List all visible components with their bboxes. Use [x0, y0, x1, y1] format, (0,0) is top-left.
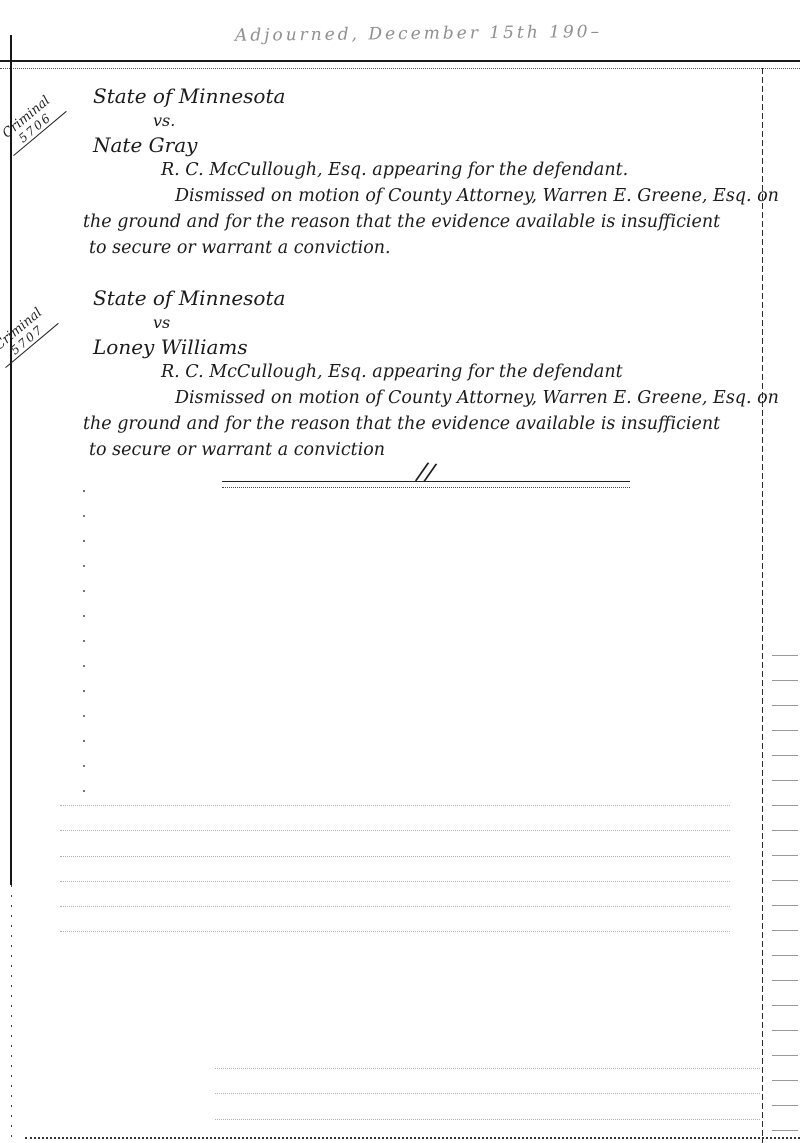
defendant-name: Nate Gray: [93, 135, 758, 155]
versus-label: vs.: [153, 113, 758, 129]
plaintiff-name: State of Minnesota: [93, 86, 758, 106]
top-double-rule: [0, 60, 800, 69]
entry-line: to secure or warrant a conviction.: [89, 235, 758, 261]
margin-note-criminal-case-2: Criminal 5707: [0, 302, 59, 368]
entry-line: R. C. McCullough, Esq. appearing for the…: [161, 359, 758, 385]
bottom-page-rule: [25, 1137, 800, 1139]
case-entry-1: State of Minnesota vs. Nate Gray R. C. M…: [93, 86, 758, 261]
entry-line: Dismissed on motion of County Attorney, …: [175, 183, 758, 209]
entry-closing-double-rule: [222, 481, 630, 488]
faint-ruled-line: [60, 881, 730, 882]
right-margin-rule: [762, 68, 763, 1143]
faint-ruled-line: [60, 931, 730, 932]
faint-ruled-line: [215, 1119, 760, 1120]
plaintiff-name: State of Minnesota: [93, 288, 758, 308]
scanned-ledger-page: Adjourned, December 15th 190– Criminal 5…: [0, 0, 800, 1143]
faint-ruled-line: [60, 830, 730, 831]
versus-label: vs: [153, 315, 758, 331]
faint-ruled-line: [60, 906, 730, 907]
entry-line: the ground and for the reason that the e…: [83, 209, 758, 235]
page-header-date: Adjourned, December 15th 190–: [235, 22, 575, 46]
right-ruled-dash-column: [772, 655, 798, 1143]
left-ruled-dot-column: [83, 490, 85, 805]
left-margin-rule: [10, 35, 12, 885]
entry-line: R. C. McCullough, Esq. appearing for the…: [161, 157, 758, 183]
defendant-name: Loney Williams: [93, 337, 758, 357]
left-margin-rule-faint: [11, 885, 12, 1143]
faint-ruled-line: [60, 805, 730, 806]
faint-ruled-line: [60, 856, 730, 857]
faint-ruled-line: [215, 1093, 760, 1094]
entry-line: the ground and for the reason that the e…: [83, 411, 758, 437]
entry-line: Dismissed on motion of County Attorney, …: [175, 385, 758, 411]
case-entry-2: State of Minnesota vs Loney Williams R. …: [93, 288, 758, 463]
faint-ruled-line: [215, 1068, 760, 1069]
